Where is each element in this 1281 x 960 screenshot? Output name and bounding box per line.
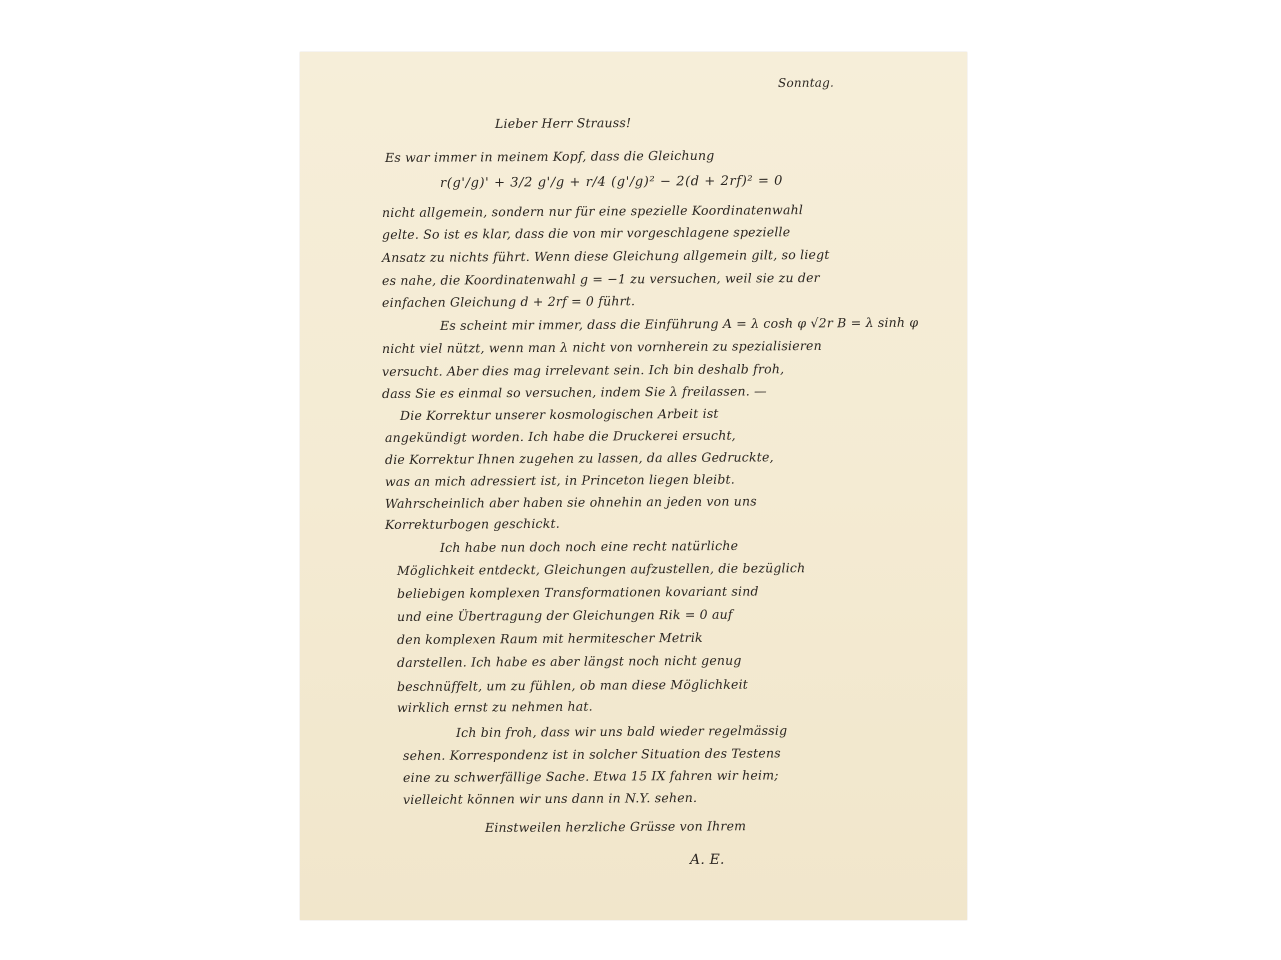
letter-line: Ich bin froh, dass wir uns bald wieder r… <box>456 723 787 740</box>
letter-line: dass Sie es einmal so versuchen, indem S… <box>382 383 767 401</box>
letter-line: Ansatz zu nichts führt. Wenn diese Gleic… <box>382 247 830 265</box>
closing: Einstweilen herzliche Grüsse von Ihrem <box>485 818 746 835</box>
letter-line: gelte. So ist es klar, dass die von mir … <box>382 224 790 242</box>
letter-line: sehen. Korrespondenz ist in solcher Situ… <box>403 745 781 763</box>
letter-line: darstellen. Ich habe es aber längst noch… <box>397 653 742 670</box>
letter-date: Sonntag. <box>778 76 834 90</box>
letter-line: nicht allgemein, sondern nur für eine sp… <box>382 202 803 220</box>
letter-line: nicht viel nützt, wenn man λ nicht von v… <box>382 338 822 356</box>
letter-line: Ich habe nun doch noch eine recht natürl… <box>440 538 738 555</box>
letter-line: Es war immer in meinem Kopf, dass die Gl… <box>385 148 715 165</box>
letter-page: Sonntag. Lieber Herr Strauss! Es war imm… <box>300 52 967 920</box>
letter-line: versucht. Aber dies mag irrelevant sein.… <box>382 361 784 379</box>
letter-line: beliebigen komplexen Transformationen ko… <box>397 583 759 601</box>
letter-line: und eine Übertragung der Gleichungen Rik… <box>397 607 733 624</box>
letter-line: beschnüffelt, um zu fühlen, ob man diese… <box>397 677 748 694</box>
equation: r(g'/g)' + 3/2 g'/g + r/4 (g'/g)² − 2(d … <box>440 174 783 191</box>
letter-line: die Korrektur Ihnen zugehen zu lassen, d… <box>385 449 774 467</box>
letter-line: es nahe, die Koordinatenwahl g = −1 zu v… <box>382 270 820 288</box>
letter-line: Es scheint mir immer, dass die Einführun… <box>440 315 918 333</box>
letter-line: vielleicht können wir uns dann in N.Y. s… <box>403 790 697 807</box>
letter-line: wirklich ernst zu nehmen hat. <box>397 699 593 715</box>
letter-line: angekündigt worden. Ich habe die Drucker… <box>385 428 736 445</box>
signature: A. E. <box>690 852 725 868</box>
letter-line: Wahrscheinlich aber haben sie ohnehin an… <box>385 493 757 511</box>
salutation: Lieber Herr Strauss! <box>495 115 631 131</box>
letter-line: was an mich adressiert ist, in Princeton… <box>385 472 735 489</box>
letter-line: Möglichkeit entdeckt, Gleichungen aufzus… <box>397 560 805 578</box>
letter-line: Die Korrektur unserer kosmologischen Arb… <box>400 406 719 423</box>
letter-line: einfachen Gleichung d + 2rf = 0 führt. <box>382 293 635 310</box>
letter-line: den komplexen Raum mit hermitescher Metr… <box>397 630 703 647</box>
letter-line: Korrekturbogen geschickt. <box>385 516 560 532</box>
letter-line: eine zu schwerfällige Sache. Etwa 15 IX … <box>403 767 779 785</box>
